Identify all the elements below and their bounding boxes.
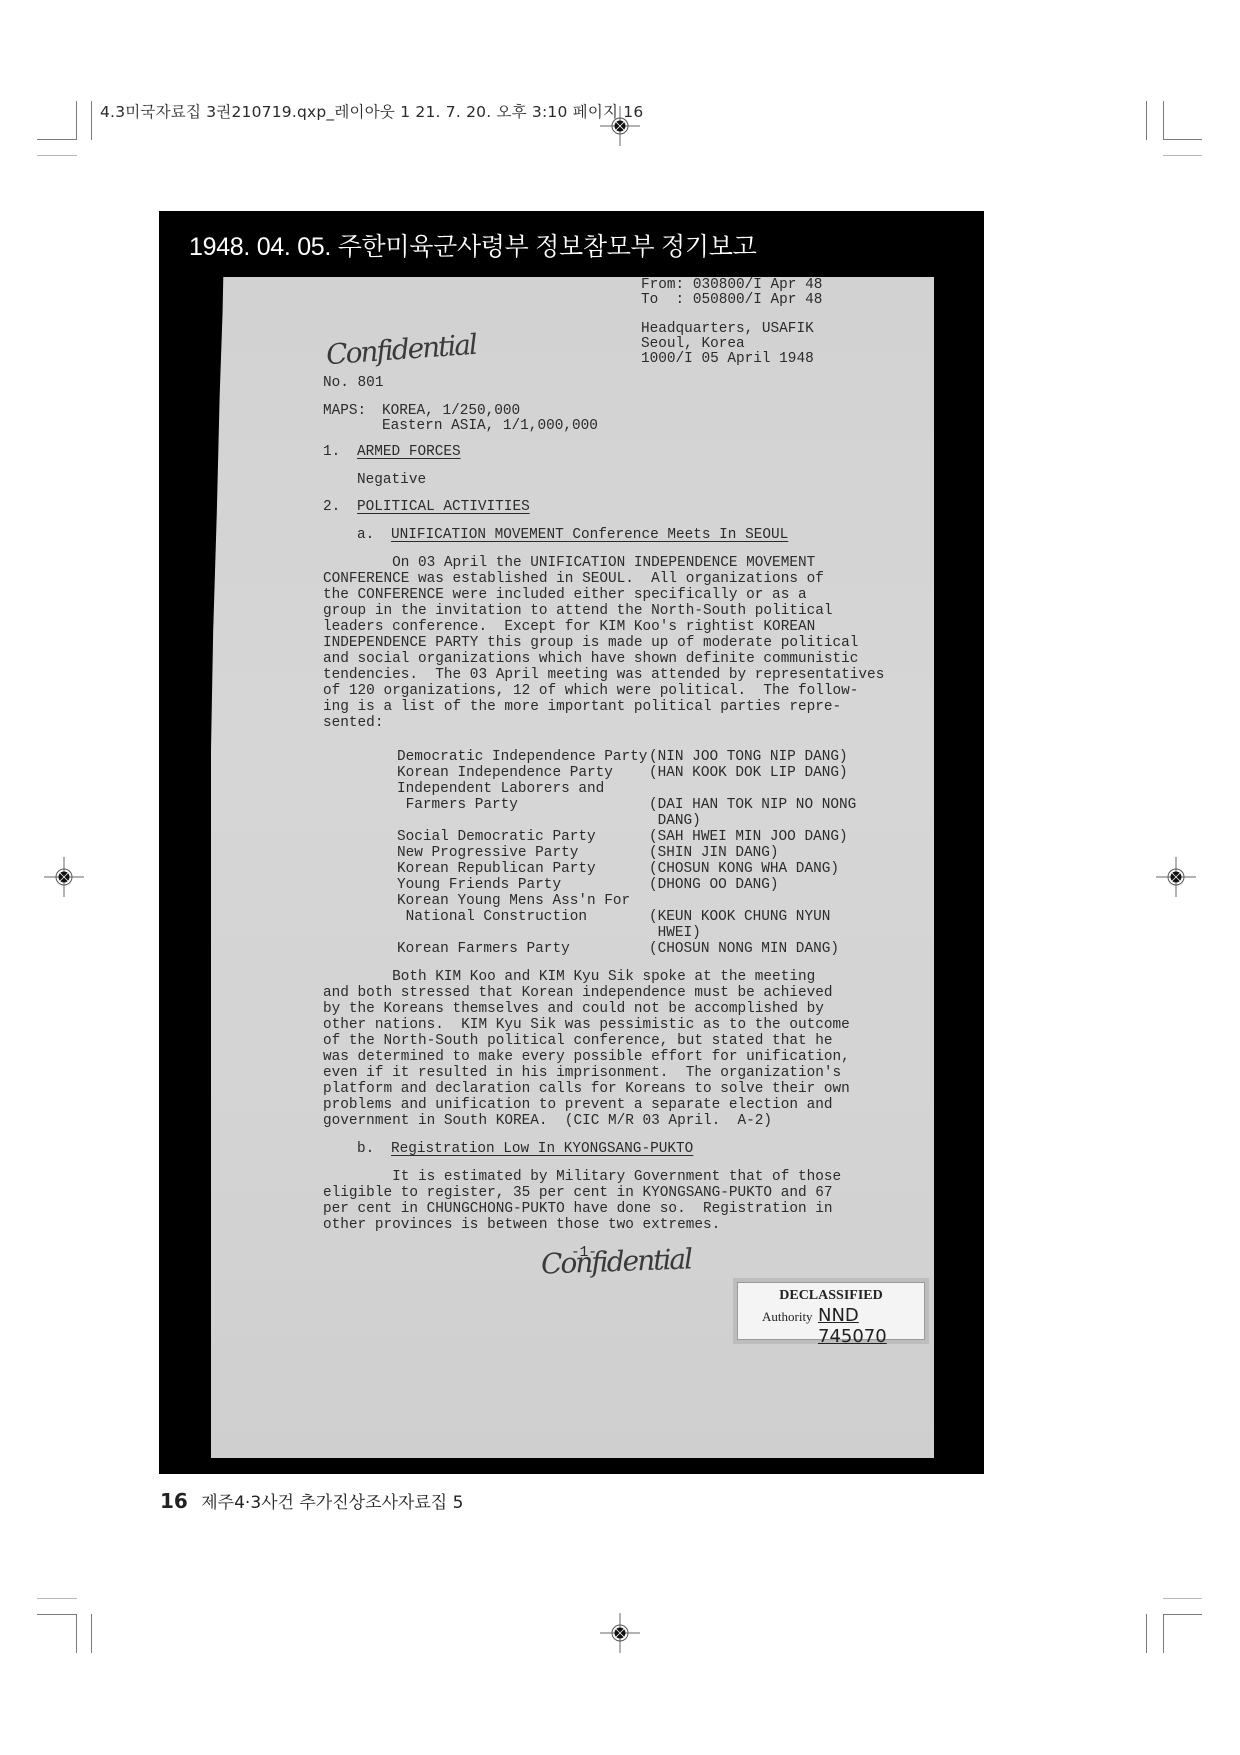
text-line: sented: — [323, 715, 383, 731]
text-line: It is estimated by Military Government t… — [323, 1169, 841, 1185]
crop-mark — [1163, 1598, 1202, 1599]
section-1-number: 1. — [323, 444, 340, 460]
page-footer: 16 제주4·3사건 추가진상조사자료집 5 — [160, 1488, 463, 1513]
party-korean-name: DANG) — [649, 813, 701, 829]
header-to: To : 050800/I Apr 48 — [641, 292, 822, 308]
party-korean-name: (SHIN JIN DANG) — [649, 845, 779, 861]
crop-mark — [37, 1598, 77, 1599]
text-line: was determined to make every possible ef… — [323, 1049, 850, 1065]
party-korean-name: HWEI) — [649, 925, 701, 941]
text-line: other provinces is between those two ext… — [323, 1217, 720, 1233]
registration-mark-icon — [600, 1613, 640, 1653]
scanned-document: From: 030800/I Apr 48 To : 050800/I Apr … — [211, 277, 934, 1458]
crop-mark — [76, 101, 77, 140]
party-name: Social Democratic Party — [397, 829, 596, 845]
party-name: Young Friends Party — [397, 877, 561, 893]
text-line: the CONFERENCE were included either spec… — [323, 587, 807, 603]
subsection-b-letter: b. — [357, 1141, 374, 1157]
crop-mark — [1163, 155, 1202, 156]
subsection-b-title: Registration Low In KYONGSANG-PUKTO — [391, 1141, 693, 1157]
section-2-number: 2. — [323, 499, 340, 515]
text-line: INDEPENDENCE PARTY this group is made up… — [323, 635, 858, 651]
party-korean-name: (NIN JOO TONG NIP DANG) — [649, 749, 848, 765]
party-name: Korean Republican Party — [397, 861, 596, 877]
crop-mark — [1146, 101, 1147, 140]
print-slug: 4.3미국자료집 3권210719.qxp_레이아웃 1 21. 7. 20. … — [100, 100, 643, 122]
subsection-a-letter: a. — [357, 527, 374, 543]
text-line: per cent in CHUNGCHONG-PUKTO have done s… — [323, 1201, 833, 1217]
crop-mark — [1163, 101, 1164, 140]
maps-item: KOREA, 1/250,000 — [382, 403, 520, 419]
subsection-a-title: UNIFICATION MOVEMENT Conference Meets In… — [391, 527, 788, 543]
maps-label: MAPS: — [323, 403, 366, 419]
party-name: National Construction — [397, 909, 587, 925]
party-name: Farmers Party — [397, 797, 518, 813]
section-2-title: POLITICAL ACTIVITIES — [357, 499, 530, 515]
text-line: CONFERENCE was established in SEOUL. All… — [323, 571, 824, 587]
registration-mark-icon — [1156, 857, 1196, 897]
party-korean-name: (CHOSUN KONG WHA DANG) — [649, 861, 839, 877]
text-line: platform and declaration calls for Korea… — [323, 1081, 850, 1097]
header-from: From: 030800/I Apr 48 — [641, 277, 822, 293]
crop-mark — [37, 139, 77, 140]
maps-item: Eastern ASIA, 1/1,000,000 — [382, 418, 598, 434]
stamp-authority-label: Authority — [762, 1309, 813, 1325]
party-name: Korean Independence Party — [397, 765, 613, 781]
header-hq: Headquarters, USAFIK — [641, 321, 814, 337]
crop-mark — [1163, 1614, 1164, 1653]
text-line: government in South KOREA. (CIC M/R 03 A… — [323, 1113, 772, 1129]
party-name: Korean Farmers Party — [397, 941, 570, 957]
section-1-title: ARMED FORCES — [357, 444, 461, 460]
text-line: tendencies. The 03 April meeting was att… — [323, 667, 884, 683]
party-name: Independent Laborers and — [397, 781, 604, 797]
page-number: 16 — [160, 1489, 188, 1513]
text-line: even if it resulted in his imprisonment.… — [323, 1065, 841, 1081]
party-korean-name: (CHOSUN NONG MIN DANG) — [649, 941, 839, 957]
text-line: other nations. KIM Kyu Sik was pessimist… — [323, 1017, 850, 1033]
text-line: of the North-South political conference,… — [323, 1033, 833, 1049]
header-location: Seoul, Korea — [641, 336, 745, 352]
party-name: Democratic Independence Party — [397, 749, 647, 765]
crop-mark — [37, 1614, 77, 1615]
text-line: ing is a list of the more important poli… — [323, 699, 841, 715]
crop-mark — [1163, 139, 1202, 140]
text-line: Both KIM Koo and KIM Kyu Sik spoke at th… — [323, 969, 815, 985]
crop-mark — [91, 101, 92, 140]
text-line: eligible to register, 35 per cent in KYO… — [323, 1185, 833, 1201]
stamp-authority-value: NND 745070 — [818, 1305, 924, 1347]
crop-mark — [37, 155, 77, 156]
header-datetime: 1000/I 05 April 1948 — [641, 351, 814, 367]
party-korean-name: (HAN KOOK DOK LIP DANG) — [649, 765, 848, 781]
crop-mark — [76, 1614, 77, 1653]
text-line: problems and unification to prevent a se… — [323, 1097, 833, 1113]
party-korean-name: (DAI HAN TOK NIP NO NONG — [649, 797, 856, 813]
crop-mark — [91, 1614, 92, 1653]
party-korean-name: (KEUN KOOK CHUNG NYUN — [649, 909, 830, 925]
confidential-signature-top: Confidential — [325, 328, 477, 371]
plate-title: 1948. 04. 05. 주한미육군사령부 정보참모부 정기보고 — [189, 227, 756, 263]
crop-mark — [1163, 1614, 1202, 1615]
text-line: of 120 organizations, 12 of which were p… — [323, 683, 858, 699]
text-line: On 03 April the UNIFICATION INDEPENDENCE… — [323, 555, 815, 571]
party-name: New Progressive Party — [397, 845, 578, 861]
stamp-title: DECLASSIFIED — [738, 1288, 924, 1304]
confidential-signature-bottom: Confidential — [540, 1242, 691, 1280]
document-number: No. 801 — [323, 375, 383, 391]
party-name: Korean Young Mens Ass'n For — [397, 893, 630, 909]
crop-mark — [1146, 1614, 1147, 1653]
declassified-stamp: DECLASSIFIED Authority NND 745070 — [737, 1282, 925, 1340]
text-line: group in the invitation to attend the No… — [323, 603, 833, 619]
text-line: leaders conference. Except for KIM Koo's… — [323, 619, 815, 635]
party-korean-name: (DHONG OO DANG) — [649, 877, 779, 893]
registration-mark-icon — [44, 857, 84, 897]
party-korean-name: (SAH HWEI MIN JOO DANG) — [649, 829, 848, 845]
section-1-body: Negative — [357, 472, 426, 488]
text-line: and social organizations which have show… — [323, 651, 858, 667]
text-line: and both stressed that Korean independen… — [323, 985, 833, 1001]
document-plate: 1948. 04. 05. 주한미육군사령부 정보참모부 정기보고 From: … — [159, 211, 984, 1474]
text-line: by the Koreans themselves and could not … — [323, 1001, 824, 1017]
book-title: 제주4·3사건 추가진상조사자료집 5 — [201, 1493, 463, 1513]
